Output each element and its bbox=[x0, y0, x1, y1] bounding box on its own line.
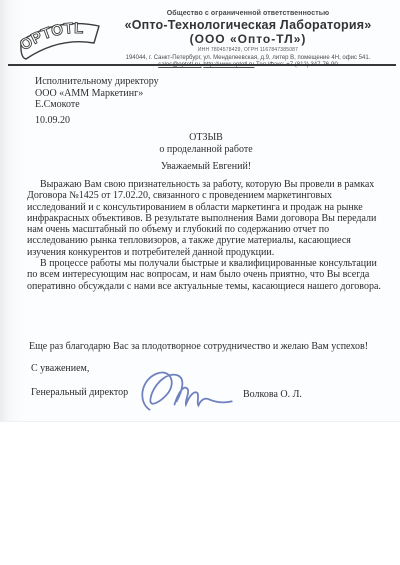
letter-title-block: ОТЗЫВ о проделанной работе bbox=[27, 132, 385, 155]
addressee-block: Исполнительному директору ООО «АММ Марке… bbox=[35, 76, 159, 111]
letter-subtitle: о проделанной работе bbox=[27, 144, 385, 156]
letter-body: Выражаю Вам свою признательность за рабо… bbox=[27, 179, 385, 292]
letter-valediction: С уважением, bbox=[31, 363, 89, 374]
addressee-position: Исполнительному директору bbox=[35, 76, 159, 88]
company-address: 194044, г. Санкт-Петербург, ул. Менделее… bbox=[102, 55, 394, 61]
signer-position: Генеральный директор bbox=[31, 387, 128, 398]
document-viewport: OPTOTL Общество с ограниченной ответстве… bbox=[0, 0, 400, 565]
letter-salutation: Уважаемый Евгений! bbox=[27, 161, 385, 172]
scanned-letter-page: OPTOTL Общество с ограниченной ответстве… bbox=[0, 0, 400, 422]
signer-name: Волкова О. Л. bbox=[243, 389, 302, 400]
signature-image bbox=[134, 366, 240, 418]
letter-paragraph-2: В процессе работы мы получали быстрые и … bbox=[27, 258, 385, 292]
org-type-line: Общество с ограниченной ответственностью bbox=[102, 10, 394, 17]
letterhead-divider bbox=[8, 64, 396, 66]
svg-text:OPTOTL: OPTOTL bbox=[17, 20, 84, 54]
addressee-company: ООО «АММ Маркетинг» bbox=[35, 88, 159, 100]
company-name: «Опто-Технологическая Лаборатория» bbox=[102, 18, 394, 32]
company-short-name: (ООО «Опто-ТЛ») bbox=[102, 32, 394, 46]
letter-title: ОТЗЫВ bbox=[27, 132, 385, 144]
company-registration: ИНН 7804578429, ОГРН 1167847385087 bbox=[102, 47, 394, 53]
letter-closing: Еще раз благодарю Вас за плодотворное со… bbox=[29, 341, 389, 352]
letter-paragraph-1: Выражаю Вам свою признательность за рабо… bbox=[27, 179, 385, 258]
letterhead: Общество с ограниченной ответственностью… bbox=[102, 10, 394, 68]
company-logo-text: OPTOTL bbox=[17, 20, 84, 54]
addressee-person: Е.Смокоте bbox=[35, 99, 159, 111]
company-logo: OPTOTL bbox=[15, 14, 103, 64]
letter-date: 10.09.20 bbox=[35, 115, 70, 126]
